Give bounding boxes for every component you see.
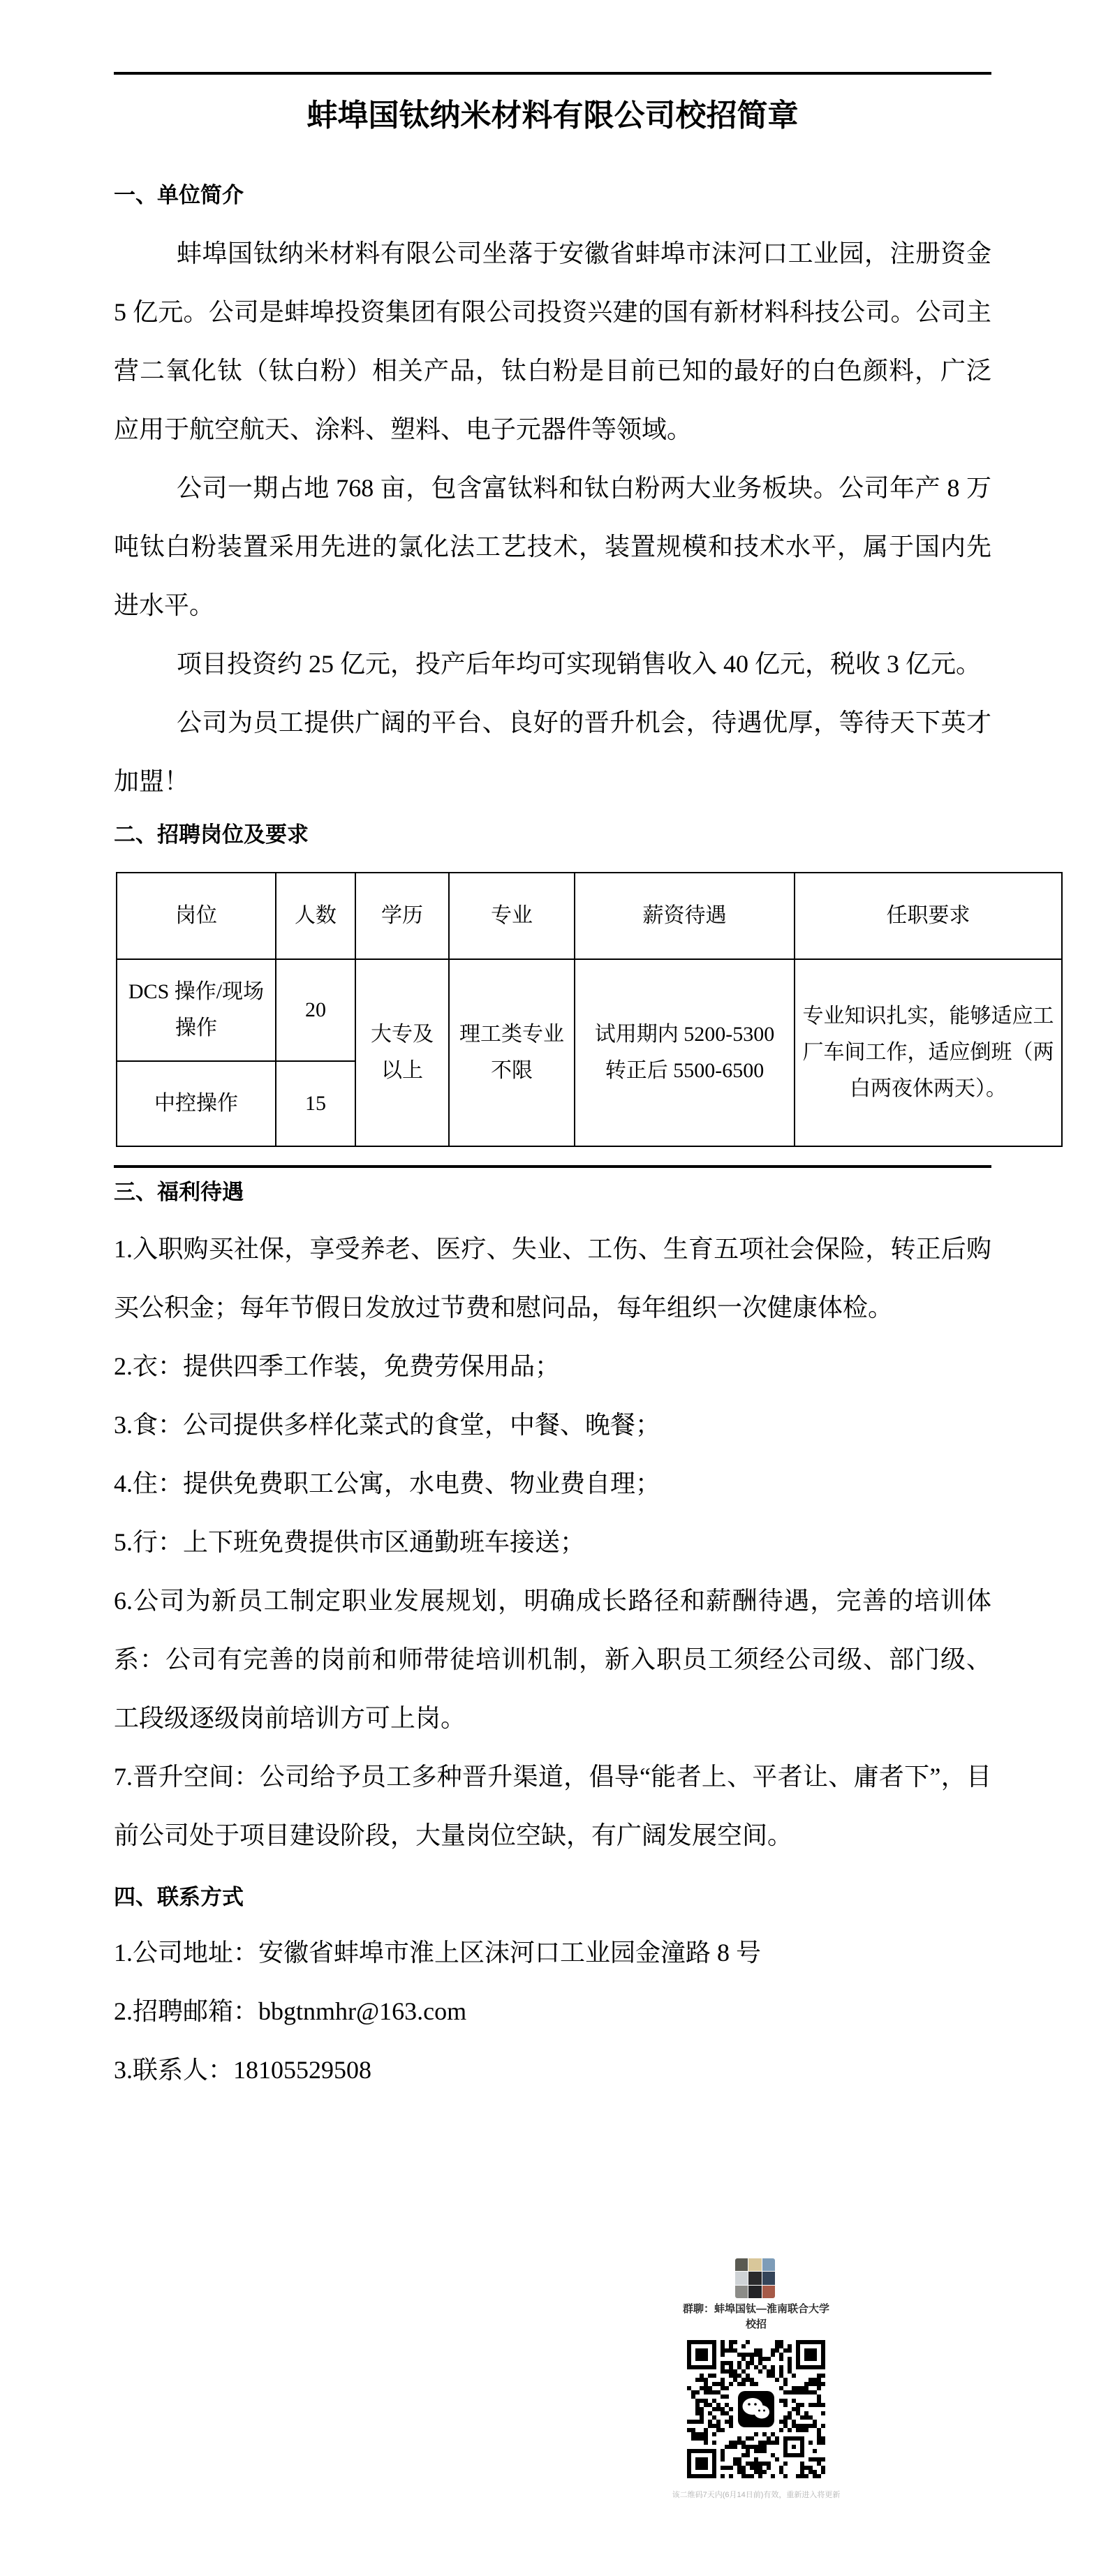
benefits-item: 2.衣：提供四季工作装，免费劳保用品；	[114, 1337, 991, 1396]
paragraph: 项目投资约 25 亿元，投产后年均可实现销售收入 40 亿元，税收 3 亿元。	[114, 635, 991, 693]
requirements-cell: 专业知识扎实，能够适应工厂车间工作，适应倒班（两白两夜休两天）。	[795, 959, 1062, 1146]
top-rule	[114, 72, 991, 75]
section-2-heading: 二、招聘岗位及要求	[114, 819, 991, 851]
major-cell: 理工类专业不限	[449, 959, 575, 1146]
document-page: 蚌埠国钛纳米材料有限公司校招简章 一、单位简介 蚌埠国钛纳米材料有限公司坐落于安…	[0, 0, 1108, 2576]
position-cell: DCS 操作/现场操作	[117, 959, 276, 1061]
salary-cell: 试用期内 5200-5300 转正后 5500-6500	[575, 959, 795, 1146]
avatar-tile	[735, 2272, 748, 2284]
table-header-cell-education: 学历	[355, 873, 449, 959]
benefits-item: 4.住：提供免费职工公寓，水电费、物业费自理；	[114, 1454, 991, 1513]
qr-code	[687, 2340, 825, 2478]
section-4-heading: 四、联系方式	[114, 1881, 991, 1914]
benefits-item: 6.公司为新员工制定职业发展规划，明确成长路径和薪酬待遇，完善的培训体系：公司有…	[114, 1571, 991, 1747]
section-3-heading: 三、福利待遇	[114, 1176, 991, 1208]
paragraph: 蚌埠国钛纳米材料有限公司坐落于安徽省蚌埠市沫河口工业园，注册资金 5 亿元。公司…	[114, 224, 991, 459]
contact-item-email: 2.招聘邮箱：bbgtnmhr@163.com	[114, 1982, 991, 2041]
table-header-cell-requirements: 任职要求	[795, 873, 1062, 959]
salary-line-1: 试用期内 5200-5300	[581, 1016, 788, 1053]
paragraph: 公司为员工提供广阔的平台、良好的晋升机会，待遇优厚，等待天下英才加盟！	[114, 693, 991, 810]
section-1-heading: 一、单位简介	[114, 179, 991, 212]
group-chat-label: 群聊：蚌埠国钛—淮南联合大学 校招	[651, 2302, 861, 2332]
education-cell: 大专及以上	[355, 959, 449, 1146]
group-chat-label-line2: 校招	[651, 2317, 861, 2332]
salary-line-2: 转正后 5500-6500	[581, 1053, 788, 1089]
avatar-tile	[735, 2258, 748, 2271]
avatar-tile	[762, 2286, 775, 2298]
document-content: 蚌埠国钛纳米材料有限公司校招简章 一、单位简介 蚌埠国钛纳米材料有限公司坐落于安…	[114, 0, 991, 2099]
table-header-cell-headcount: 人数	[276, 873, 355, 959]
benefits-item: 5.行：上下班免费提供市区通勤班车接送；	[114, 1513, 991, 1571]
qr-validity-note: 该二维码7天内(6月14日前)有效，重新进入将更新	[651, 2489, 861, 2501]
contact-item-address: 1.公司地址：安徽省蚌埠市淮上区沫河口工业园金潼路 8 号	[114, 1923, 991, 1982]
table-header-cell-salary: 薪资待遇	[575, 873, 795, 959]
benefits-item: 1.入职购买社保，享受养老、医疗、失业、工伤、生育五项社会保险，转正后购买公积金…	[114, 1220, 991, 1337]
table-header-cell-major: 专业	[449, 873, 575, 959]
paragraph: 公司一期占地 768 亩，包含富钛料和钛白粉两大业务板块。公司年产 8 万吨钛白…	[114, 459, 991, 635]
table-header-cell-position: 岗位	[117, 873, 276, 959]
avatar-tile	[762, 2258, 775, 2271]
page-title: 蚌埠国钛纳米材料有限公司校招简章	[114, 93, 991, 139]
table-row: DCS 操作/现场操作 20 大专及以上 理工类专业不限 试用期内 5200-5…	[117, 959, 1062, 1061]
jobs-table: 岗位 人数 学历 专业 薪资待遇 任职要求 DCS 操作/现场操作 20 大专及…	[116, 872, 1063, 1147]
table-header-row: 岗位 人数 学历 专业 薪资待遇 任职要求	[117, 873, 1062, 959]
headcount-cell: 20	[276, 959, 355, 1061]
avatar-tile	[748, 2286, 761, 2298]
benefits-item: 3.食：公司提供多样化菜式的食堂，中餐、晚餐；	[114, 1396, 991, 1454]
position-cell: 中控操作	[117, 1061, 276, 1146]
contact-item-phone: 3.联系人：18105529508	[114, 2041, 991, 2099]
avatar-tile	[748, 2258, 761, 2271]
avatar-tile	[748, 2272, 761, 2284]
wechat-logo	[738, 2391, 774, 2427]
avatar-tile	[762, 2272, 775, 2284]
qr-code-modules	[687, 2340, 825, 2482]
avatar-tile	[735, 2286, 748, 2298]
benefits-item: 7.晋升空间：公司给予员工多种晋升渠道，倡导“能者上、平者让、庸者下”，目前公司…	[114, 1747, 991, 1865]
group-chat-label-line1: 群聊：蚌埠国钛—淮南联合大学	[651, 2302, 861, 2317]
headcount-cell: 15	[276, 1061, 355, 1146]
group-avatar	[735, 2258, 775, 2298]
page-break-rule	[114, 1165, 991, 1168]
